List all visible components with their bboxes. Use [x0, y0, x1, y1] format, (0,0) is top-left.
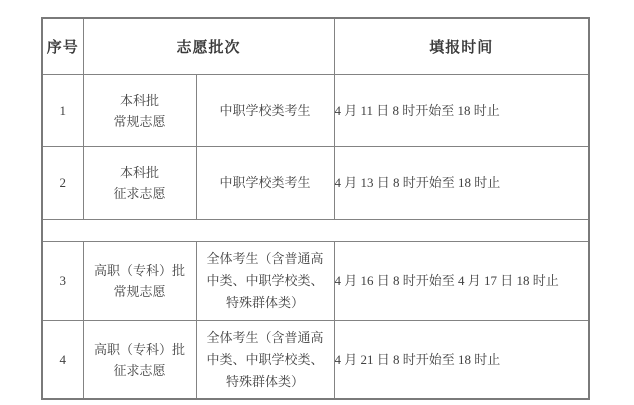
- header-filling-time: 填报时间: [334, 18, 589, 75]
- cell-batch: 高职（专科）批 征求志愿: [83, 321, 196, 400]
- cell-serial-number: 2: [42, 147, 83, 220]
- volunteer-schedule-table: 序号 志愿批次 填报时间 1 本科批 常规志愿 中职学校类考生 4 月 11 日…: [41, 17, 590, 400]
- header-serial-number: 序号: [42, 18, 83, 75]
- cell-serial-number: 4: [42, 321, 83, 400]
- spacer-cell: [42, 220, 589, 242]
- cell-serial-number: 1: [42, 75, 83, 147]
- cell-filling-time: 4 月 13 日 8 时开始至 18 时止: [334, 147, 589, 220]
- cell-batch: 本科批 常规志愿: [83, 75, 196, 147]
- cell-candidate-type: 中职学校类考生: [196, 147, 334, 220]
- cell-candidate-type: 全体考生（含普通高 中类、中职学校类、 特殊群体类）: [196, 321, 334, 400]
- cell-candidate-type: 全体考生（含普通高 中类、中职学校类、 特殊群体类）: [196, 242, 334, 321]
- cell-filling-time: 4 月 21 日 8 时开始至 18 时止: [334, 321, 589, 400]
- table-row: 3 高职（专科）批 常规志愿 全体考生（含普通高 中类、中职学校类、 特殊群体类…: [42, 242, 589, 321]
- table-header-row: 序号 志愿批次 填报时间: [42, 18, 589, 75]
- cell-candidate-type: 中职学校类考生: [196, 75, 334, 147]
- document-page: 序号 志愿批次 填报时间 1 本科批 常规志愿 中职学校类考生 4 月 11 日…: [0, 0, 634, 405]
- spacer-row: [42, 220, 589, 242]
- table-row: 1 本科批 常规志愿 中职学校类考生 4 月 11 日 8 时开始至 18 时止: [42, 75, 589, 147]
- cell-serial-number: 3: [42, 242, 83, 321]
- table-row: 4 高职（专科）批 征求志愿 全体考生（含普通高 中类、中职学校类、 特殊群体类…: [42, 321, 589, 400]
- cell-filling-time: 4 月 11 日 8 时开始至 18 时止: [334, 75, 589, 147]
- header-volunteer-batch: 志愿批次: [83, 18, 334, 75]
- table-row: 2 本科批 征求志愿 中职学校类考生 4 月 13 日 8 时开始至 18 时止: [42, 147, 589, 220]
- cell-batch: 高职（专科）批 常规志愿: [83, 242, 196, 321]
- cell-filling-time: 4 月 16 日 8 时开始至 4 月 17 日 18 时止: [334, 242, 589, 321]
- cell-batch: 本科批 征求志愿: [83, 147, 196, 220]
